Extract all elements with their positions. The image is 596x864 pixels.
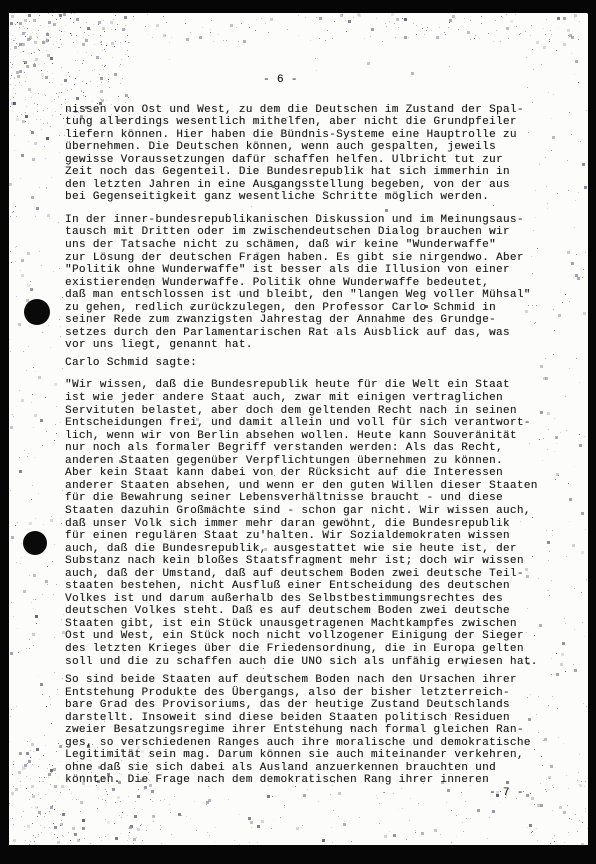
paragraph: So sind beide Staaten auf deutschem Bode…: [65, 674, 570, 787]
page-content: - 6 - nissen von Ost und West, zu dem di…: [65, 13, 570, 800]
quote-paragraph: "Wir wissen, daß die Bundesrepublik heut…: [65, 379, 570, 668]
document-page: - 6 - nissen von Ost und West, zu dem di…: [9, 13, 588, 845]
page-number-footer: - 7 -: [489, 787, 570, 800]
hole-punch-mark: [23, 531, 47, 555]
scan-background: { "doc": { "header_page_number": "- 6 -"…: [0, 0, 596, 864]
hole-punch-mark: [24, 299, 50, 325]
scan-noise-speckles: [9, 13, 10, 14]
paragraph: In der inner-bundesrepublikanischen Disk…: [65, 214, 570, 352]
paragraph: nissen von Ost und West, zu dem die Deut…: [65, 104, 570, 204]
quote-intro-line: Carlo Schmid sagte:: [65, 357, 570, 370]
page-number-header: - 6 -: [263, 74, 570, 87]
